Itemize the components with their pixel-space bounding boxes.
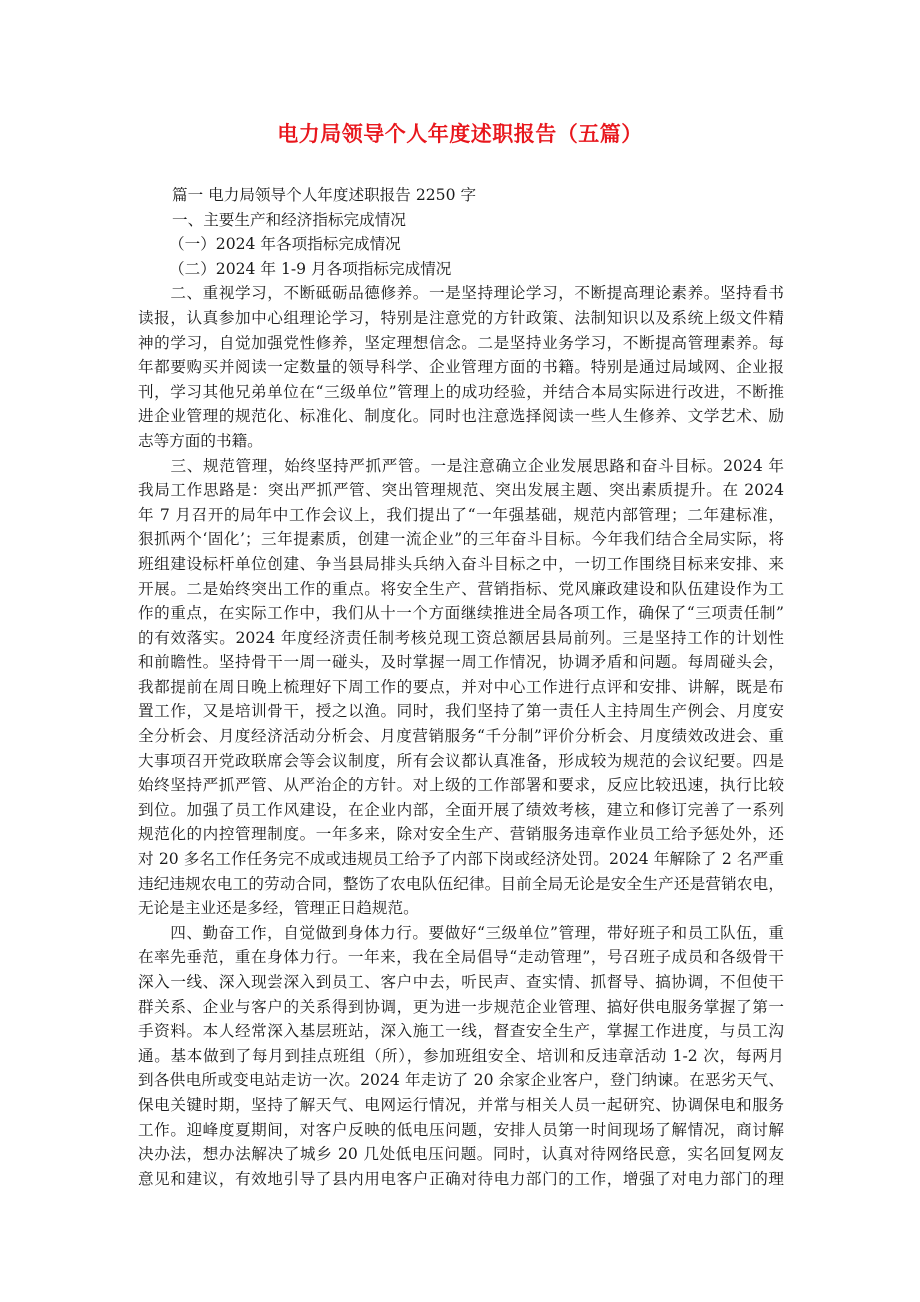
text-line: 四、勤奋工作，自觉做到身体力行。要做好“三级单位”管理，带好班子和员工队伍，重: [138, 921, 784, 946]
paragraph-diligence: 四、勤奋工作，自觉做到身体力行。要做好“三级单位”管理，带好班子和员工队伍，重 …: [138, 921, 784, 1192]
document-title: 电力局领导个人年度述职报告（五篇）: [0, 118, 920, 148]
paragraph-management: 三、规范管理，始终坚持严抓严管。一是注意确立企业发展思路和奋斗目标。2024 年…: [138, 454, 784, 921]
subsection-heading: （二）2024 年 1-9 月各项指标完成情况: [138, 257, 784, 282]
text-line: 在率先垂范，重在身体力行。一年来，我在全局倡导“走动管理”，号召班子成员和各级骨…: [138, 945, 784, 970]
text-line: 大事项召开党政联席会等会议制度，所有会议都认真准备，形成较为规范的会议纪要。四是: [138, 749, 784, 774]
paragraph-study: 二、重视学习，不断砥砺品德修养。一是坚持理论学习，不断提高理论素养。坚持看书 读…: [138, 281, 784, 453]
text-line: 对 20 多名工作任务完不成或违规员工给予了内部下岗或经济处罚。2024 年解除…: [138, 847, 784, 872]
text-line: 开展。二是始终突出工作的重点。将安全生产、营销指标、党风廉政建设和队伍建设作为工: [138, 577, 784, 602]
text-line: 年都要购买并阅读一定数量的领导科学、企业管理方面的书籍。特别是通过局域网、企业报: [138, 355, 784, 380]
text-line: 二、重视学习，不断砥砺品德修养。一是坚持理论学习，不断提高理论素养。坚持看书: [138, 281, 784, 306]
text-line: 的有效落实。2024 年度经济责任制考核兑现工资总额居县局前列。三是坚持工作的计…: [138, 626, 784, 651]
text-line: 我都提前在周日晚上梳理好下周工作的要点，并对中心工作进行点评和安排、讲解，既是布: [138, 675, 784, 700]
text-line: 全分析会、月度经济活动分析会、月度营销服务“千分制”评价分析会、月度绩效改进会、…: [138, 724, 784, 749]
text-line: 年 7 月召开的局年中工作会议上，我们提出了“一年强基础，规范内部管理；二年建标…: [138, 503, 784, 528]
text-line: 我局工作思路是：突出严抓严管、突出管理规范、突出发展主题、突出素质提升。在 20…: [138, 478, 784, 503]
text-line: 三、规范管理，始终坚持严抓严管。一是注意确立企业发展思路和奋斗目标。2024 年: [138, 454, 784, 479]
text-line: 进企业管理的规范化、标准化、制度化。同时也注意选择阅读一些人生修养、文学艺术、励: [138, 404, 784, 429]
text-line: 违纪违规农电工的劳动合同，整饬了农电队伍纪律。目前全局无论是安全生产还是营销农电…: [138, 872, 784, 897]
text-line: 保电关键时期，坚持了解天气、电网运行情况，并常与相关人员一起研究、协调保电和服务: [138, 1093, 784, 1118]
text-line: 和前瞻性。坚持骨干一周一碰头，及时掌握一周工作情况，协调矛盾和问题。每周碰头会，: [138, 650, 784, 675]
text-line: 群关系、企业与客户的关系得到协调，更为进一步规范企业管理、搞好供电服务掌握了第一: [138, 995, 784, 1020]
text-line: 作的重点，在实际工作中，我们从十一个方面继续推进全局各项工作，确保了“三项责任制…: [138, 601, 784, 626]
subsection-heading: （一）2024 年各项指标完成情况: [138, 232, 784, 257]
text-line: 狠抓两个‘固化’；三年提素质，创建一流企业”的三年奋斗目标。今年我们结合全局实际…: [138, 527, 784, 552]
text-line: 意见和建议，有效地引导了县内用电客户正确对待电力部门的工作，增强了对电力部门的理: [138, 1167, 784, 1192]
text-line: 置工作，又是培训骨干，授之以渔。同时，我们坚持了第一责任人主持周生产例会、月度安: [138, 699, 784, 724]
document-body: 篇一 电力局领导个人年度述职报告 2250 字 一、主要生产和经济指标完成情况 …: [138, 183, 784, 1191]
text-line: 到位。加强了员工作风建设，在企业内部，全面开展了绩效考核，建立和修订完善了一系列: [138, 798, 784, 823]
text-line: 无论是主业还是多经，管理正日趋规范。: [138, 896, 784, 921]
text-line: 通。基本做到了每月到挂点班组（所），参加班组安全、培训和反违章活动 1-2 次，…: [138, 1044, 784, 1069]
text-line: 神的学习，自觉加强党性修养，坚定理想信念。二是坚持业务学习，不断提高管理素养。每: [138, 331, 784, 356]
section-heading: 篇一 电力局领导个人年度述职报告 2250 字: [138, 183, 784, 208]
text-line: 班组建设标杆单位创建、争当县局排头兵纳入奋斗目标之中，一切工作围绕目标来安排、来: [138, 552, 784, 577]
text-line: 刊，学习其他兄弟单位在“三级单位”管理上的成功经验，并结合本局实际进行改进，不断…: [138, 380, 784, 405]
text-line: 手资料。本人经常深入基层班站，深入施工一线，督查安全生产，掌握工作进度，与员工沟: [138, 1019, 784, 1044]
text-line: 始终坚持严抓严管、从严治企的方针。对上级的工作部署和要求，反应比较迅速，执行比较: [138, 773, 784, 798]
text-line: 深入一线、深入现尝深入到员工、客户中去，听民声、查实情、抓督导、搞协调，不但使干: [138, 970, 784, 995]
text-line: 志等方面的书籍。: [138, 429, 784, 454]
text-line: 工作。迎峰度夏期间，对客户反映的低电压问题，安排人员第一时间现场了解情况，商讨解: [138, 1118, 784, 1143]
text-line: 到各供电所或变电站走访一次。2024 年走访了 20 余家企业客户，登门纳谏。在…: [138, 1068, 784, 1093]
text-line: 规范化的内控管理制度。一年多来，除对安全生产、营销服务违章作业员工给予惩处外，还: [138, 822, 784, 847]
text-line: 决办法，想办法解决了城乡 20 几处低电压问题。同时，认真对待网络民意，实名回复…: [138, 1142, 784, 1167]
section-heading: 一、主要生产和经济指标完成情况: [138, 208, 784, 233]
text-line: 读报，认真参加中心组理论学习，特别是注意党的方针政策、法制知识以及系统上级文件精: [138, 306, 784, 331]
